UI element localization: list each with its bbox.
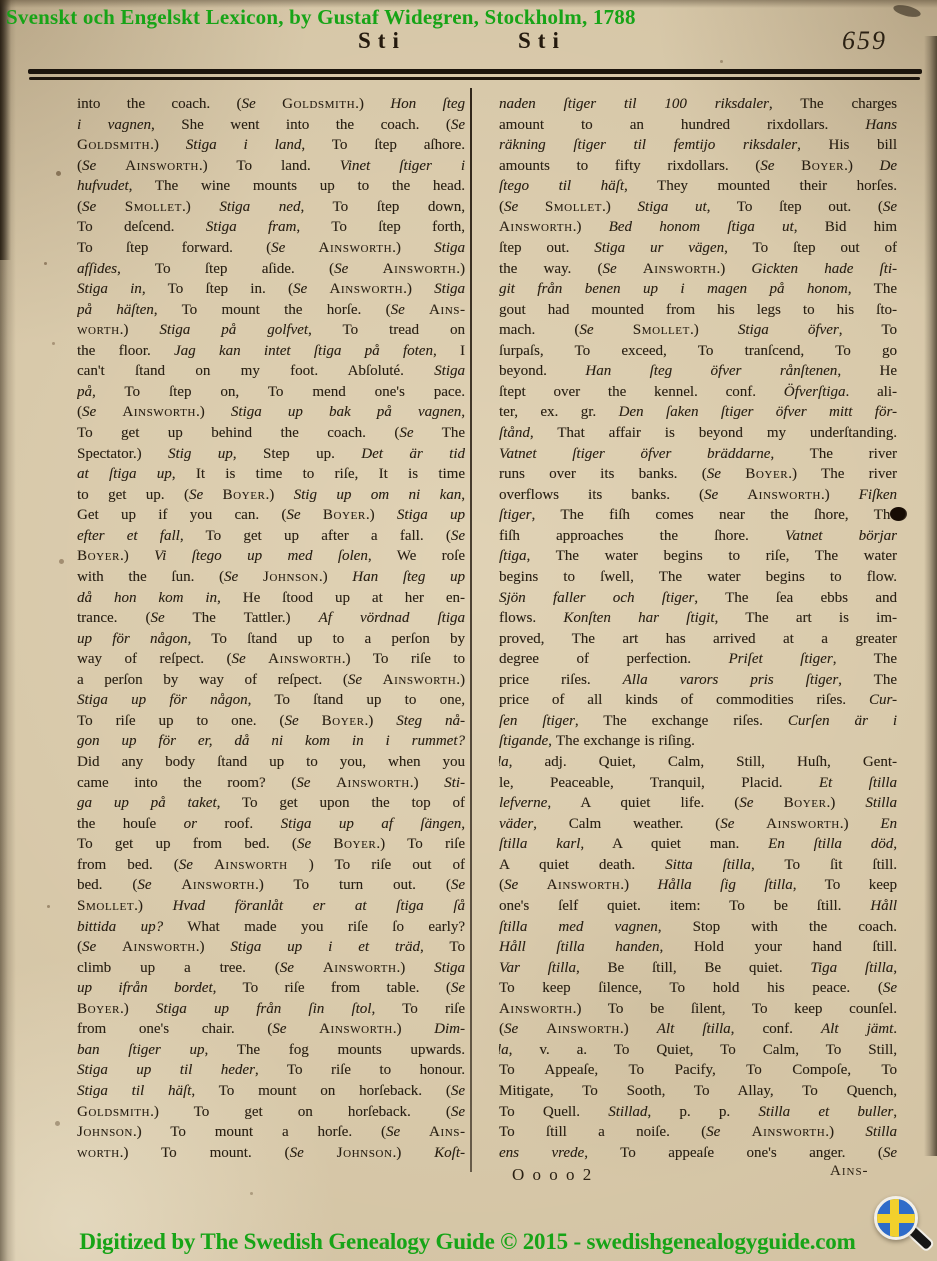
text-line: (Se Ainsworth.) Stiga up i et träd, To xyxy=(77,937,465,958)
signature-mark: O o o o 2 xyxy=(512,1165,593,1185)
text-line: ſtånd, That affair is beyond my underſta… xyxy=(499,423,897,444)
text-line: Spectator.) Stig up, Step up. Det är tid xyxy=(77,444,465,465)
text-line: flows. Konſten har ſtigit, The art is im… xyxy=(499,608,897,629)
text-line: Goldsmith.) To get on horſeback. (Se xyxy=(77,1102,465,1123)
text-line: ens vrede, To appeaſe one's anger. (Se xyxy=(499,1143,897,1164)
text-line: ban ſtiger up, The fog mounts upwards. xyxy=(77,1040,465,1061)
text-line: proved, The art has arrived at a greater xyxy=(499,629,897,650)
text-line: på, To ſtep on, To mend one's pace. xyxy=(77,382,465,403)
text-line: Stilla, adj. Quiet, Calm, Still, Huſh, G… xyxy=(499,752,897,773)
text-line: Smollet.) Hvad föranlåt er at ſtiga ſå xyxy=(77,896,465,917)
text-line: with the ſun. (Se Johnson.) Han ſteg up xyxy=(77,567,465,588)
page-gutter-shadow xyxy=(0,0,11,260)
text-line: To ſtill a noiſe. (Se Ainsworth.) Stilla xyxy=(499,1122,897,1143)
text-line: ſtigande, The exchange is riſing. xyxy=(499,731,897,752)
text-line: ter, ex. gr. Den ſaken ſtiger öfver mitt… xyxy=(499,402,897,423)
text-line: git från benen up i magen på honom, The xyxy=(499,279,897,300)
text-line: ſtiga, The water begins to riſe, The wat… xyxy=(499,546,897,567)
text-line: degree of perfection. Priſet ſtiger, The xyxy=(499,649,897,670)
text-line: Get up if you can. (Se Boyer.) Stiga up xyxy=(77,505,465,526)
text-line: To Appeaſe, To Pacify, To Compoſe, To xyxy=(499,1060,897,1081)
text-line: i vagnen, She went into the coach. (Se xyxy=(77,115,465,136)
text-line: efter et fall, To get up after a fall. (… xyxy=(77,526,465,547)
running-head-right: Sti xyxy=(518,28,566,54)
text-line: afſides, To ſtep aſide. (Se Ainsworth.) xyxy=(77,259,465,280)
text-line: väder, Calm weather. (Se Ainsworth.) En xyxy=(499,814,897,835)
text-line: Ainsworth.) Bed honom ſtiga ut, Bid him xyxy=(499,217,897,238)
text-line: bittida up? What made you riſe ſo early? xyxy=(77,917,465,938)
text-line: gon up för er, då ni kom in i rummet? xyxy=(77,731,465,752)
text-line: Håll ſtilla handen, Hold your hand ſtill… xyxy=(499,937,897,958)
text-line: Mitigate, To Sooth, To Allay, To Quench, xyxy=(499,1081,897,1102)
text-line: into the coach. (Se Goldsmith.) Hon ſteg xyxy=(77,94,465,115)
text-line: begins to ſwell, The water begins to flo… xyxy=(499,567,897,588)
text-line: the houſe or roof. Stiga up af ſängen, xyxy=(77,814,465,835)
text-line: (Se Smollet.) Stiga ut, To ſtep out. (Se xyxy=(499,197,897,218)
text-line: Ainsworth.) To be ſilent, To keep counſe… xyxy=(499,999,897,1020)
text-line: (Se Ainsworth.) Alt ſtilla, conf. Alt jä… xyxy=(499,1019,897,1040)
text-line: from one's chair. (Se Ainsworth.) Dim- xyxy=(77,1019,465,1040)
text-line: (Se Ainsworth.) Stiga up bak på vagnen, xyxy=(77,402,465,423)
text-line: way of reſpect. (Se Ainsworth.) To riſe … xyxy=(77,649,465,670)
text-line: (Se Ainsworth.) To land. Vinet ſtiger i xyxy=(77,156,465,177)
text-line: can't ſtand on my foot. Abſoluté. Stiga xyxy=(77,361,465,382)
text-line: (Se Ainsworth.) Hålla ſig ſtilla, To kee… xyxy=(499,875,897,896)
text-line: price riſes. Alla varors pris ſtiger, Th… xyxy=(499,670,897,691)
paper-specks xyxy=(0,0,3,3)
text-line: på häſten, To mount the horſe. (Se Ains- xyxy=(77,300,465,321)
text-line: Stilla, v. a. To Quiet, To Calm, To Stil… xyxy=(499,1040,897,1061)
text-line: Stiga in, To ſtep in. (Se Ainsworth.) St… xyxy=(77,279,465,300)
text-line: mach. (Se Smollet.) Stiga öfver, To xyxy=(499,320,897,341)
text-line: To ſtep forward. (Se Ainsworth.) Stiga xyxy=(77,238,465,259)
text-line: Stiga til häſt, To mount on horſeback. (… xyxy=(77,1081,465,1102)
header-rule xyxy=(28,69,922,81)
text-line: trance. (Se The Tattler.) Af vördnad ſti… xyxy=(77,608,465,629)
text-line: price of all kinds of commodities riſes.… xyxy=(499,690,897,711)
ink-blot xyxy=(890,507,907,521)
text-line: To riſe up to one. (Se Boyer.) Steg nå- xyxy=(77,711,465,732)
swedish-genealogy-guide-logo xyxy=(866,1196,934,1258)
text-line: a perſon by way of reſpect. (Se Ainswort… xyxy=(77,670,465,691)
text-line: ſtep out. Stiga ur vägen, To ſtep out of xyxy=(499,238,897,259)
text-line: ſtilla karl, A quiet man. En ſtilla död, xyxy=(499,834,897,855)
flag-cross-horizontal xyxy=(877,1214,915,1223)
catchword: Ains- xyxy=(830,1163,869,1180)
text-line: ſtilla med vagnen, Stop with the coach. xyxy=(499,917,897,938)
running-head-left: Sti xyxy=(358,28,406,54)
text-line: fiſh approaches the ſhore. Vatnet börjar xyxy=(499,526,897,547)
text-line: gout had mounted from his legs to his ſt… xyxy=(499,300,897,321)
text-line: ſtept over the kennel. conf. Öfverſtiga.… xyxy=(499,382,897,403)
text-line: at ſtiga up, It is time to riſe, It is t… xyxy=(77,464,465,485)
text-line: bed. (Se Ainsworth.) To turn out. (Se xyxy=(77,875,465,896)
text-line: naden ſtiger til 100 riksdaler, The char… xyxy=(499,94,897,115)
text-line: worth.) To mount. (Se Johnson.) Koſt- xyxy=(77,1143,465,1164)
text-line: Boyer.) Stiga up från ſin ſtol, To riſe xyxy=(77,999,465,1020)
source-caption: Svenskt och Engelskt Lexicon, by Gustaf … xyxy=(6,5,636,30)
text-line: the way. (Se Ainsworth.) Gickten hade ſt… xyxy=(499,259,897,280)
text-line: To get up from bed. (Se Boyer.) To riſe xyxy=(77,834,465,855)
text-line: le, Peaceable, Tranquil, Placid. Et ſtil… xyxy=(499,773,897,794)
text-line: ſurpaſs, To exceed, To tranſcend, To go xyxy=(499,341,897,362)
text-line: climb up a tree. (Se Ainsworth.) Stiga xyxy=(77,958,465,979)
text-line: amounts to fifty rixdollars. (Se Boyer.)… xyxy=(499,156,897,177)
text-line: came into the room? (Se Ainsworth.) Sti- xyxy=(77,773,465,794)
text-line: one's ſelf quiet. item: To be ſtill. Hål… xyxy=(499,896,897,917)
text-line: ga up på taket, To get upon the top of xyxy=(77,793,465,814)
text-line: To Quell. Stillad, p. p. Stilla et bulle… xyxy=(499,1102,897,1123)
text-line: Var ſtilla, Be ſtill, Be quiet. Tiga ſti… xyxy=(499,958,897,979)
text-line: räkning ſtiger til femtijo riksdaler, Hi… xyxy=(499,135,897,156)
text-line: beyond. Han ſteg öfver rånſtenen, He xyxy=(499,361,897,382)
text-line: ſen ſtiger, The exchange riſes. Curſen ä… xyxy=(499,711,897,732)
text-line: Did any body ſtand up to you, when you xyxy=(77,752,465,773)
text-line: lefverne, A quiet life. (Se Boyer.) Stil… xyxy=(499,793,897,814)
text-line: from bed. (Se Ainsworth ) To riſe out of xyxy=(77,855,465,876)
text-line: the floor. Jag kan intet ſtiga på foten,… xyxy=(77,341,465,362)
text-line: A quiet death. Sitta ſtilla, To ſit ſtil… xyxy=(499,855,897,876)
text-line: To get up behind the coach. (Se The xyxy=(77,423,465,444)
text-line: worth.) Stiga på golfvet, To tread on xyxy=(77,320,465,341)
text-line: (Se Smollet.) Stiga ned, To ſtep down, xyxy=(77,197,465,218)
scanned-dictionary-page: Svenskt och Engelskt Lexicon, by Gustaf … xyxy=(0,0,937,1261)
text-line: up ifrån bordet, To riſe from table. (Se xyxy=(77,978,465,999)
left-column: into the coach. (Se Goldsmith.) Hon ſteg… xyxy=(77,94,465,1163)
text-line: to get up. (Se Boyer.) Stig up om ni kan… xyxy=(77,485,465,506)
column-divider-rule xyxy=(470,88,472,1172)
text-line: hufvudet, The wine mounts up to the head… xyxy=(77,176,465,197)
text-line: då hon kom in, He ſtood up at her en- xyxy=(77,588,465,609)
text-line: ſtego til häſt, They mounted their horſe… xyxy=(499,176,897,197)
text-line: Sjön faller och ſtiger, The ſea ebbs and xyxy=(499,588,897,609)
text-line: Vatnet ſtiger öfver bräddarne, The river xyxy=(499,444,897,465)
text-line: overflows its banks. (Se Ainsworth.) Fiſ… xyxy=(499,485,897,506)
text-line: amount to an hundred rixdollars. Hans xyxy=(499,115,897,136)
text-line: To keep ſilence, To hold his peace. (Se xyxy=(499,978,897,999)
text-line: Johnson.) To mount a horſe. (Se Ains- xyxy=(77,1122,465,1143)
text-line: To deſcend. Stiga fram, To ſtep forth, xyxy=(77,217,465,238)
page-right-edge-shadow xyxy=(924,36,937,1156)
text-line: ſtiger, The fiſh comes near the ſhore, T… xyxy=(499,505,897,526)
text-line: Stiga up til heder, To riſe to honour. xyxy=(77,1060,465,1081)
text-line: Goldsmith.) Stiga i land, To ſtep aſhore… xyxy=(77,135,465,156)
text-line: up för någon, To ſtand up to a perſon by xyxy=(77,629,465,650)
text-line: Stiga up för någon, To ſtand up to one, xyxy=(77,690,465,711)
digitizer-caption: Digitized by The Swedish Genealogy Guide… xyxy=(0,1229,935,1255)
text-line: Boyer.) Vi ſtego up med ſolen, We roſe xyxy=(77,546,465,567)
text-line: runs over its banks. (Se Boyer.) The riv… xyxy=(499,464,897,485)
right-column: naden ſtiger til 100 riksdaler, The char… xyxy=(499,94,897,1163)
swedish-flag-icon xyxy=(874,1196,918,1240)
page-number: 659 xyxy=(842,26,887,56)
